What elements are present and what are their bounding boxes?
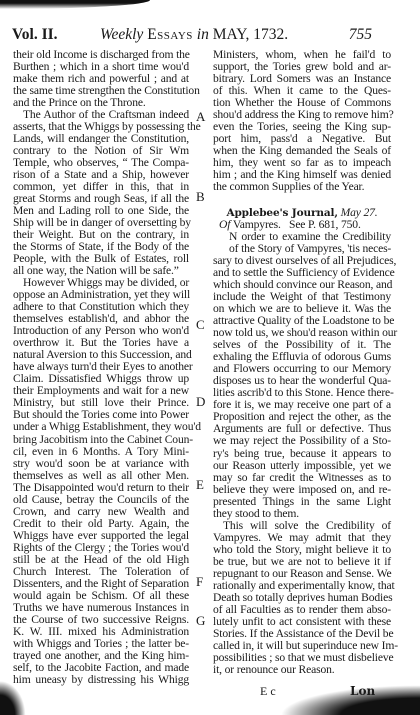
- text-line: Vampyres. We may admit that they: [213, 532, 391, 544]
- right-column: Ministers, whom, when he fail'd tosuppor…: [213, 49, 391, 676]
- text-line: Dissenters, and the Right of Separation: [13, 578, 189, 590]
- text-line: Truths we have numerous Instances in: [13, 602, 189, 614]
- text-line: themselves as well as all other Men.: [13, 470, 189, 482]
- marginal-letter: G: [196, 614, 205, 627]
- left-column: their old Income is discharged from theB…: [13, 49, 189, 686]
- running-head: Vol. II. Weekly Essays in MAY, 1732. 755: [12, 26, 372, 44]
- page-number: 755: [349, 26, 372, 44]
- text-line: Church Interest. The Toleration of: [13, 566, 189, 578]
- marginal-letter: A: [196, 110, 205, 123]
- text-line: trayed one another, and the King him-: [13, 650, 189, 662]
- running-title-essays: Essays: [147, 26, 193, 43]
- text-line: Credit to their old Party. Again, the: [13, 518, 189, 530]
- text-line: self, to the Jacobite Faction, and made: [13, 662, 189, 674]
- text-line: may so far credit the Witnesses as to: [213, 472, 391, 484]
- text-line: of the Story of Vampyres, 'tis neces-: [213, 243, 391, 255]
- text-line: him uneasy by distressing his Whigg: [13, 674, 189, 686]
- text-line: cil, even in 6 Months. A Tory Mini-: [13, 446, 189, 458]
- text-line: Whiggs have ever supported the legal: [13, 530, 189, 542]
- text-line: be true, but we are not to believe it if: [213, 556, 391, 568]
- section-gap: [213, 193, 391, 207]
- text-line: ry's being true, because it appears to: [213, 448, 391, 460]
- text-line: This will solve the Credibility of: [213, 520, 391, 532]
- text-line: lutely unfit to act consistent with thes…: [213, 616, 391, 628]
- marginal-letter: E: [196, 478, 204, 491]
- text-line: who told the Story, might believe it to: [213, 544, 391, 556]
- running-title-in: in: [197, 26, 209, 43]
- text-line: under a Whigg Establishment, they wou'd: [13, 421, 189, 433]
- text-line: rationally and experimentally know, that: [213, 580, 391, 592]
- text-line: of all Faculties as to render them abso-: [213, 604, 391, 616]
- text-line: Stories. If the Assistance of the Devil …: [213, 628, 391, 640]
- running-title: Weekly Essays in MAY, 1732.: [100, 26, 288, 44]
- marginal-letter: B: [196, 190, 205, 203]
- marginal-letter: D: [196, 395, 205, 408]
- text-line: it, or renounce our Reason.: [213, 664, 391, 676]
- text-line: our Reason utterly impossible, yet we: [213, 460, 391, 472]
- text-line: we may reject the Possibility of a Sto-: [213, 435, 391, 447]
- text-line: repugnant to our Reason and Sense. We: [213, 568, 391, 580]
- text-line: would again be Schism. Of all these: [13, 590, 189, 602]
- volume-label: Vol. II.: [12, 26, 58, 44]
- marginal-letter: F: [196, 575, 203, 588]
- text-line: still be at the Head of the old High: [13, 554, 189, 566]
- text-line: The Disappointed wou'd return to their: [13, 482, 189, 494]
- text-line: presented Things in the same Light: [213, 496, 391, 508]
- scan-edge-shadow-top: [0, 0, 150, 9]
- text-line: with Whiggs and Tories ; the latter be-: [13, 638, 189, 650]
- text-line: the Course of two successive Reigns.: [13, 614, 189, 626]
- running-title-month: MAY,: [213, 26, 250, 43]
- text-line: K. W. III. mixed his Administration: [13, 626, 189, 638]
- catchword: Lon: [350, 684, 375, 698]
- text-line: they stood to them.: [213, 508, 391, 520]
- text-line: believe they were imposed on, and re-: [213, 484, 391, 496]
- text-line: Crown, and carry new Wealth and: [13, 506, 189, 518]
- text-line: called in, it will but superinduce new I…: [213, 640, 391, 652]
- marginal-letter: C: [196, 318, 205, 331]
- running-title-year: 1732.: [253, 26, 288, 43]
- text-line: the common Supplies of the Year.: [213, 181, 391, 193]
- text-line: old Cause, betray the Councils of the: [13, 494, 189, 506]
- text-line: Rights of the Clergy ; the Tories wou'd: [13, 542, 189, 554]
- text-line: bring Jacobitism into the Cabinet Coun-: [13, 434, 189, 446]
- signature-mark: E c: [260, 684, 276, 699]
- running-title-weekly: Weekly: [100, 26, 143, 43]
- text-line: stry wou'd soon be at variance with: [13, 458, 189, 470]
- text-line: possibilities ; so that we must disbelie…: [213, 652, 391, 664]
- text-line: Death so totally deprives human Bodies: [213, 592, 391, 604]
